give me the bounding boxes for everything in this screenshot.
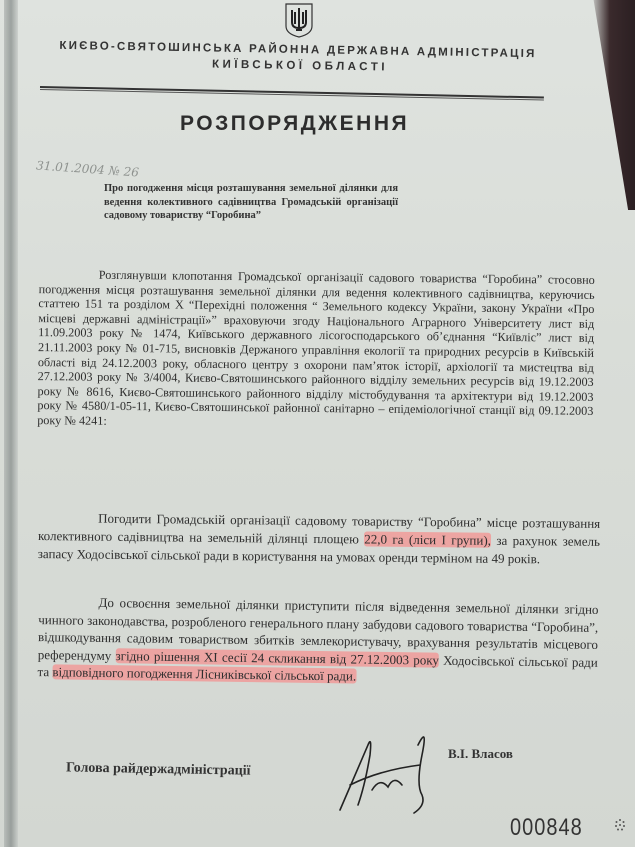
coat-of-arms-icon (284, 2, 314, 38)
background-edge (589, 0, 635, 210)
signatory-name: В.І. Власов (448, 746, 513, 762)
paragraph-conditions: До освоєння земельної ділянки приступити… (37, 593, 598, 688)
serial-number: 000848 (510, 815, 583, 843)
signature-icon (310, 715, 450, 815)
paragraph-decision: Погодити Громадській організації садовом… (38, 509, 601, 569)
signatory-title: Голова райдержадміністрації (66, 760, 251, 779)
organization-region: КИЇВСЬКОЇ ОБЛАСТІ (130, 57, 470, 75)
preamble-text: Розглянувши клопотання Громадської орган… (37, 268, 595, 428)
stamp-dots-icon (614, 818, 626, 832)
document-page: КИЄВО-СВЯТОШИНСЬКА РАЙОННА ДЕРЖАВНА АДМІ… (0, 0, 635, 847)
highlight-agreement: відповідного погодження Лісниківської сі… (52, 664, 356, 683)
handwritten-date-number: 31.01.2004 № 26 (36, 158, 140, 179)
highlight-session: згідно рішення XI сесії 24 скликання від… (115, 648, 439, 668)
paper-fold-shadow (4, 0, 18, 847)
document-subject: Про погодження місця розташування земель… (104, 182, 398, 223)
paragraph-preamble: Розглянувши клопотання Громадської орган… (37, 267, 595, 433)
organization-name: КИЄВО-СВЯТОШИНСЬКА РАЙОННА ДЕРЖАВНА АДМІ… (38, 39, 558, 60)
header-rule (40, 86, 544, 99)
highlight-area: 22,0 га (ліси I групи), (364, 531, 491, 547)
document-title: РОЗПОРЯДЖЕННЯ (180, 112, 409, 136)
